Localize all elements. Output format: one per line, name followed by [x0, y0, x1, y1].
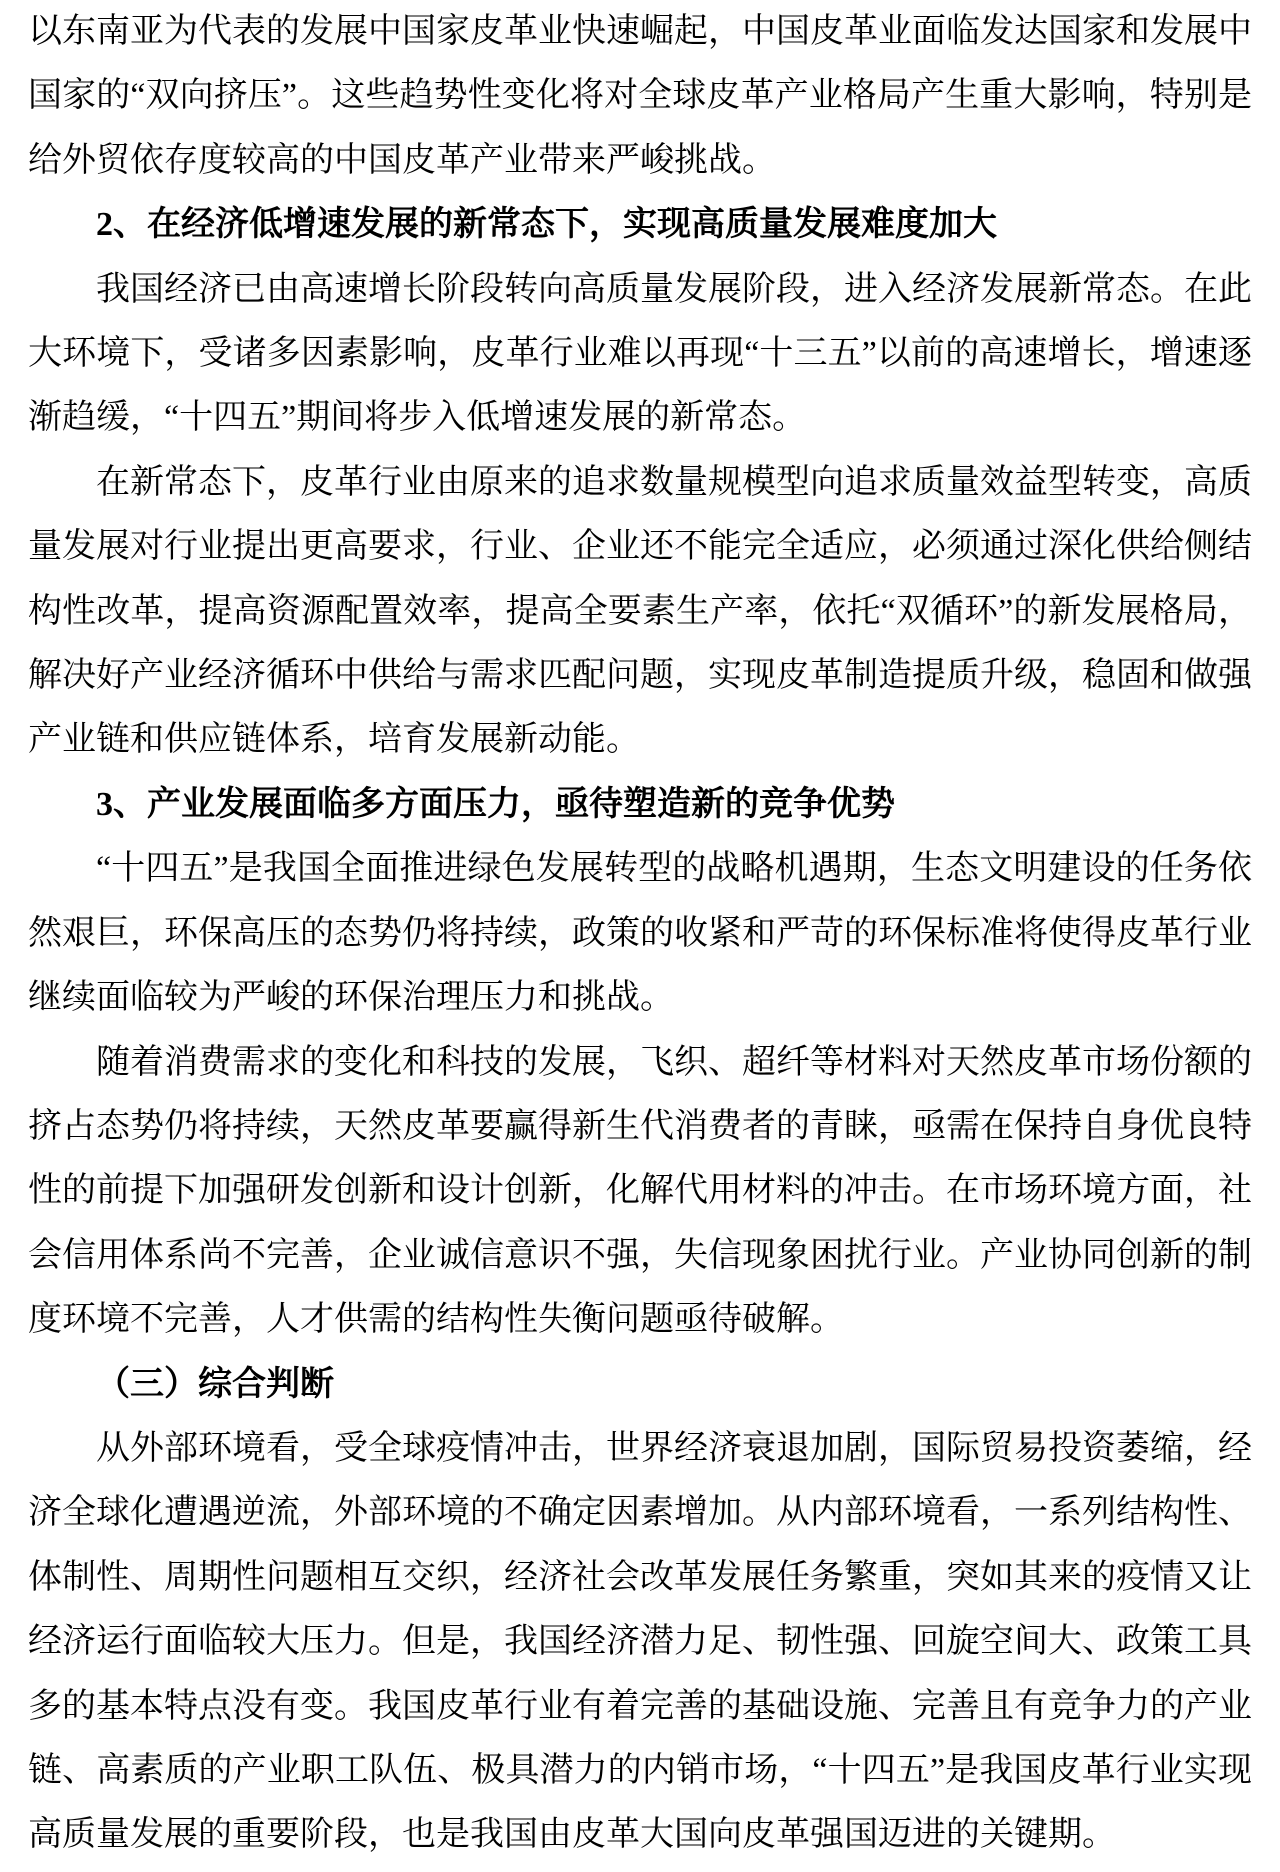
- section-heading-3-pressures: 3、产业发展面临多方面压力，亟待塑造新的竞争优势: [28, 773, 1252, 837]
- section-heading-comprehensive-judgment: （三）综合判断: [28, 1353, 1252, 1417]
- document-page: 以东南亚为代表的发展中国家皮革业快速崛起，中国皮革业面临发达国家和发展中国家的“…: [0, 0, 1280, 1872]
- paragraph-trends-continuation: 以东南亚为代表的发展中国家皮革业快速崛起，中国皮革业面临发达国家和发展中国家的“…: [28, 0, 1252, 193]
- paragraph-consumer-demand: 随着消费需求的变化和科技的发展，飞织、超纤等材料对天然皮革市场份额的挤占态势仍将…: [28, 1031, 1252, 1353]
- section-heading-2-new-normal: 2、在经济低增速发展的新常态下，实现高质量发展难度加大: [28, 193, 1252, 257]
- paragraph-green-transition: “十四五”是我国全面推进绿色发展转型的战略机遇期，生态文明建设的任务依然艰巨，环…: [28, 837, 1252, 1030]
- paragraph-economy-new-normal: 我国经济已由高速增长阶段转向高质量发展阶段，进入经济发展新常态。在此大环境下，受…: [28, 258, 1252, 451]
- paragraph-comprehensive-judgment: 从外部环境看，受全球疫情冲击，世界经济衰退加剧，国际贸易投资萎缩，经济全球化遭遇…: [28, 1417, 1252, 1868]
- paragraph-quality-transition: 在新常态下，皮革行业由原来的追求数量规模型向追求质量效益型转变，高质量发展对行业…: [28, 451, 1252, 773]
